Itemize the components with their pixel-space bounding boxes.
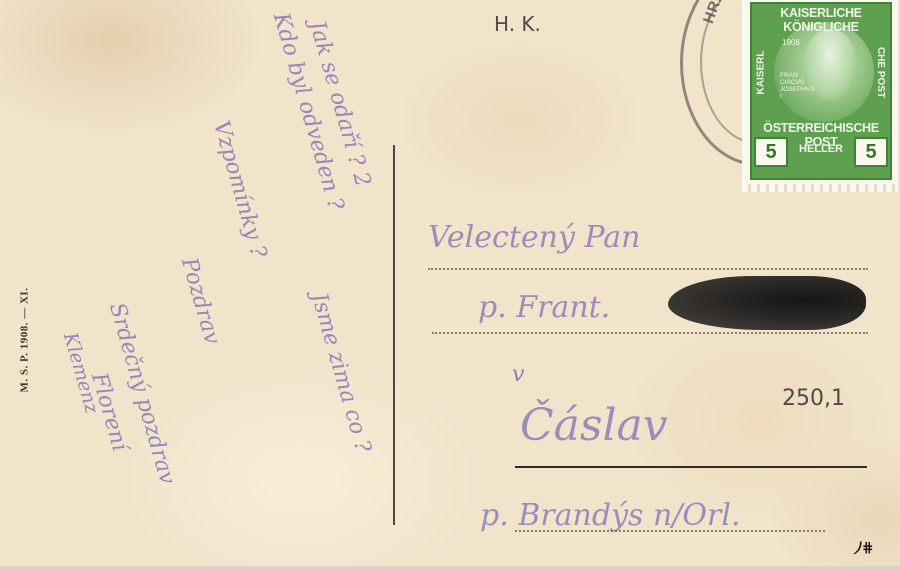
address-rule-3 [515, 466, 867, 468]
stamp-year: 1908 [782, 38, 800, 47]
address-salutation: Velectený Pan [428, 220, 640, 255]
printer-mark-text: M. S. P. 1908. — XI. [18, 288, 30, 393]
address-rule-2 [432, 332, 868, 334]
address-town: Čáslav [520, 400, 668, 451]
address-name: p. Frant. [478, 290, 610, 325]
catalog-number-note: 250,1 [782, 386, 845, 411]
address-rule-4 [515, 530, 825, 532]
postcard-back: M. S. P. 1908. — XI. Jak se odaří ? 2 Kd… [0, 0, 900, 570]
stamp-value-left: 5 [754, 137, 788, 167]
card-divider [393, 145, 395, 525]
stamp-perforation [742, 184, 898, 192]
message-line: Vzpomínky ? [208, 118, 271, 261]
stamp-currency: HELLER [790, 143, 852, 155]
stamp-right-side: CHE POST [874, 24, 888, 120]
publisher-logo-icon: ⵰⋕ [855, 540, 874, 556]
stamp-top-text: KAISERLICHE KÖNIGLICHE [756, 6, 886, 34]
postage-stamp: KAISERLICHE KÖNIGLICHE KAISERL CHE POST … [742, 0, 898, 192]
address-post-office: p. Brandýs n/Orl. [480, 498, 740, 533]
address-town-prefix: v [512, 362, 524, 387]
address-rule-1 [428, 268, 868, 270]
reference-note: H. K. [494, 12, 541, 36]
message-line: Jsme zima co ? [306, 290, 375, 455]
stamp-portrait-caption: FRAN CISCVS JOSEPHVS I [780, 72, 810, 100]
redacted-surname [668, 276, 866, 330]
message-line: Pozdrav [176, 255, 225, 347]
stamp-left-side: KAISERL [754, 24, 768, 120]
stamp-value-right: 5 [854, 137, 888, 167]
printer-mark: M. S. P. 1908. — XI. [9, 265, 39, 415]
